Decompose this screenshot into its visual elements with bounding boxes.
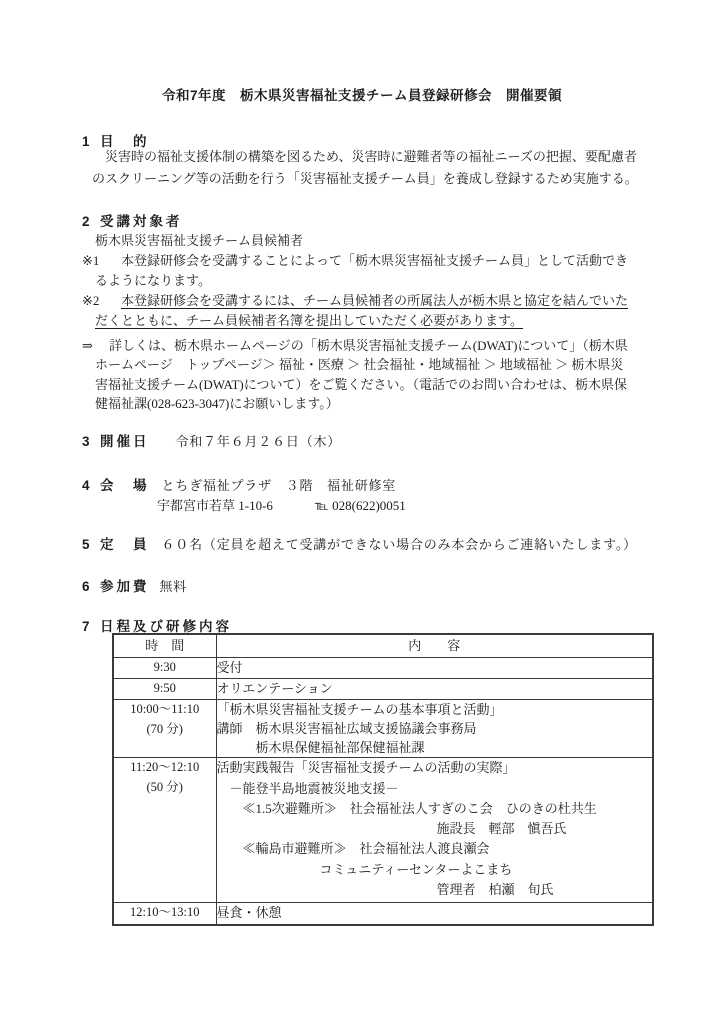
text-line: のスクリーニング等の活動を行う「災害福祉支援チーム員」を養成し登録するため実施す… xyxy=(92,168,638,190)
section-number: 2 xyxy=(82,214,100,229)
schedule-line: 栃木県保健福祉部保健福祉課 xyxy=(217,738,653,757)
venue-address: 宇都宮市若草 1-10-6 xyxy=(157,498,273,513)
section-venue: 4 会 場 とちぎ福祉プラザ ３階 福祉研修室 xyxy=(82,474,396,494)
schedule-header-time: 時 間 xyxy=(113,634,216,658)
section-fee: 6 参加費 無料 xyxy=(82,575,187,595)
section-title: 定 員 xyxy=(100,533,150,553)
arrow-marker: ⇒ xyxy=(82,336,99,355)
schedule-row: 10:00～11:10 (70 分) 「栃木県災害福祉支援チームの基本事項と活動… xyxy=(113,700,653,758)
audience-note-2: ※2本登録研修会を受講するには、チーム員候補者の所属法人が栃木県と協定を結んでい… xyxy=(82,291,628,331)
schedule-line: －能登半島地震被災地支援－ xyxy=(217,779,653,799)
schedule-header-row: 時 間 内 容 xyxy=(113,634,653,658)
venue-name: とちぎ福祉プラザ ３階 福祉研修室 xyxy=(162,475,397,494)
schedule-line: 昼食・休憩 xyxy=(217,903,653,923)
time-cell: 11:20～12:10 (50 分) xyxy=(113,758,216,903)
audience-more-info: ⇒詳しくは、栃木県ホームページの「栃木県災害福祉支援チーム(DWAT)について」… xyxy=(82,336,628,413)
schedule-line: 活動実践報告「災害福祉支援チームの活動の実際」 xyxy=(217,758,653,778)
text-line: 災害時の福祉支援体制の構築を図るため、災害時に避難者等の福祉ニーズの把握、要配慮… xyxy=(92,146,638,168)
section-title: 参加費 xyxy=(100,575,150,595)
audience-target: 栃木県災害福祉支援チーム員候補者 xyxy=(95,231,303,251)
event-date: 令和７年６月２６日（木） xyxy=(176,431,342,450)
section-number: 5 xyxy=(82,537,100,552)
venue-address-line: 宇都宮市若草 1-10-6℡ 028(622)0051 xyxy=(157,496,406,516)
section-number: 3 xyxy=(82,434,100,449)
audience-note-1: ※1本登録研修会を受講することによって「栃木県災害福祉支援チーム員」として活動で… xyxy=(82,251,628,291)
content-cell: オリエンテーション xyxy=(216,679,653,700)
note-marker: ※2 xyxy=(82,291,108,311)
schedule-table: 時 間 内 容 9:30 受付 9:50 オリエンテーション 10:00～11:… xyxy=(112,633,654,926)
schedule-row: 11:20～12:10 (50 分) 活動実践報告「災害福祉支援チームの活動の実… xyxy=(113,758,653,903)
document-page: 令和7年度 栃木県災害福祉支援チーム員登録研修会 開催要領 1 目 的 災害時の… xyxy=(0,0,724,1024)
content-cell: 「栃木県災害福祉支援チームの基本事項と活動」 講師 栃木県災害福祉広域支援協議会… xyxy=(216,700,653,758)
text-line: ⇒詳しくは、栃木県ホームページの「栃木県災害福祉支援チーム(DWAT)について」… xyxy=(82,336,628,355)
text-line: だくとともに、チーム員候補者名簿を提出していただく必要があります。 xyxy=(82,311,628,331)
schedule-line: オリエンテーション xyxy=(217,679,653,699)
schedule-line: 管理者 柏瀬 旬氏 xyxy=(217,880,653,900)
fee-value: 無料 xyxy=(160,576,188,595)
schedule-row: 9:50 オリエンテーション xyxy=(113,679,653,700)
time-range: 11:20～12:10 xyxy=(114,758,216,778)
time-duration: (70 分) xyxy=(114,720,216,740)
text-line: ※1本登録研修会を受講することによって「栃木県災害福祉支援チーム員」として活動で… xyxy=(82,251,628,271)
note-text: 本登録研修会を受講することによって「栃木県災害福祉支援チーム員」として活動でき xyxy=(121,253,628,268)
schedule-header-content: 内 容 xyxy=(216,634,653,658)
schedule-line: 施設長 輕部 愼吾氏 xyxy=(217,819,653,839)
section-title: 開催日 xyxy=(100,430,150,450)
section-schedule-heading: 7 日程及び研修内容 xyxy=(82,615,232,635)
content-cell: 受付 xyxy=(216,658,653,679)
section-title: 受講対象者 xyxy=(100,210,183,230)
section-audience-heading: 2 受講対象者 xyxy=(82,210,183,230)
time-cell: 10:00～11:10 (70 分) xyxy=(113,700,216,758)
schedule-line: ≪1.5次避難所≫ 社会福祉法人すぎのこ会 ひのきの杜共生 xyxy=(217,799,653,819)
schedule-line: 受付 xyxy=(217,658,653,678)
content-cell: 昼食・休憩 xyxy=(216,903,653,925)
text-line: ※2本登録研修会を受講するには、チーム員候補者の所属法人が栃木県と協定を結んでい… xyxy=(82,291,628,311)
time-cell: 9:30 xyxy=(113,658,216,679)
text-line: ホームページ トップページ＞ 福祉・医療 ＞ 社会福祉・地域福祉 ＞ 地域福祉 … xyxy=(82,355,628,374)
content-cell: 活動実践報告「災害福祉支援チームの活動の実際」 －能登半島地震被災地支援－ ≪1… xyxy=(216,758,653,903)
schedule-line: コミュニティーセンターよこまち xyxy=(217,860,653,880)
section-number: 4 xyxy=(82,478,100,493)
time-cell: 12:10～13:10 xyxy=(113,903,216,925)
venue-tel: ℡ 028(622)0051 xyxy=(315,498,406,513)
text-line: 害福祉支援チーム(DWAT)について）をご覧ください。（電話でのお問い合わせは、… xyxy=(82,375,628,394)
text-line: るようになります。 xyxy=(82,271,628,291)
section-date: 3 開催日 令和７年６月２６日（木） xyxy=(82,430,341,450)
time-duration: (50 分) xyxy=(114,778,216,798)
note-text: 詳しくは、栃木県ホームページの「栃木県災害福祉支援チーム(DWAT)について」（… xyxy=(109,338,628,353)
document-title: 令和7年度 栃木県災害福祉支援チーム員登録研修会 開催要領 xyxy=(0,84,724,104)
capacity-value: ６０名（定員を超えて受講ができない場合のみ本会からご連絡いたします。） xyxy=(162,534,637,553)
section-capacity: 5 定 員 ６０名（定員を超えて受講ができない場合のみ本会からご連絡いたします。… xyxy=(82,533,637,553)
section-number: 6 xyxy=(82,579,100,594)
section-title: 会 場 xyxy=(100,474,150,494)
note-text-underlined: 本登録研修会を受講するには、チーム員候補者の所属法人が栃木県と協定を結んでいた xyxy=(121,293,628,308)
schedule-row: 12:10～13:10 昼食・休憩 xyxy=(113,903,653,925)
purpose-paragraph: 災害時の福祉支援体制の構築を図るため、災害時に避難者等の福祉ニーズの把握、要配慮… xyxy=(92,146,638,190)
note-text-underlined: だくとともに、チーム員候補者名簿を提出していただく必要があります。 xyxy=(95,313,523,328)
section-title: 日程及び研修内容 xyxy=(100,615,232,635)
text-line: 栃木県災害福祉支援チーム員候補者 xyxy=(95,231,303,251)
note-marker: ※1 xyxy=(82,251,108,271)
section-number: 7 xyxy=(82,619,100,634)
text-line: 健福祉課(028-623-3047)にお願いします。） xyxy=(82,394,628,413)
time-range: 10:00～11:10 xyxy=(114,700,216,720)
schedule-line: 講師 栃木県災害福祉広域支援協議会事務局 xyxy=(217,719,653,738)
schedule-line: ≪輪島市避難所≫ 社会福祉法人渡良瀬会 xyxy=(217,839,653,859)
time-cell: 9:50 xyxy=(113,679,216,700)
schedule-row: 9:30 受付 xyxy=(113,658,653,679)
schedule-line: 「栃木県災害福祉支援チームの基本事項と活動」 xyxy=(217,700,653,719)
